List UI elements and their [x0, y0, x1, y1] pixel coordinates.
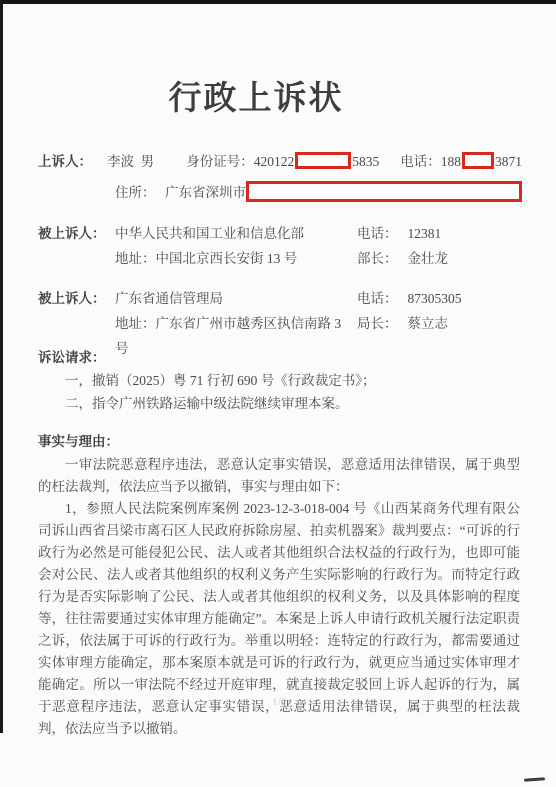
respondent-1-head-name: 金壮龙 — [408, 251, 449, 266]
residence-prefix: 广东省深圳市 — [165, 181, 246, 201]
appellant-label: 上诉人： — [38, 150, 107, 170]
id-suffix: 5835 — [352, 154, 379, 169]
redaction-box-address — [246, 181, 522, 202]
respondent-2-phone: 87305305 — [408, 291, 462, 306]
respondent-1-label: 被上诉人： — [38, 221, 115, 246]
claims-section: 诉讼请求： 一，撤销（2025）粤 71 行初 690 号《行政裁定书》； 二，… — [38, 346, 522, 412]
phone-label: 电话： — [400, 154, 441, 169]
appellant-row: 上诉人： 李波 男 身份证号：4201225835 电话：1883871 — [38, 150, 522, 169]
id-label: 身份证号： — [186, 154, 254, 169]
respondent-1-phone: 12381 — [408, 226, 442, 241]
redaction-box-phone — [462, 152, 494, 169]
scan-edge-top — [0, 0, 556, 4]
redaction-box-id — [295, 152, 351, 169]
appellant-id-group: 身份证号：4201225835 — [186, 150, 379, 170]
scanned-page: 行政上诉状 上诉人： 李波 男 身份证号：4201225835 电话：18838… — [0, 0, 556, 787]
respondent-2-label: 被上诉人： — [38, 286, 115, 311]
respondent-2-name: 广东省通信管理局 — [115, 286, 357, 311]
respondent-1-spacer — [38, 246, 115, 271]
appellant-name: 李波 — [107, 150, 141, 170]
appellant-phone-group: 电话：1883871 — [400, 150, 522, 170]
page-number: 1/2 — [0, 698, 556, 708]
respondent-2-head-name: 蔡立志 — [408, 316, 449, 331]
respondent-2-head-label: 局长： — [357, 316, 398, 331]
respondent-1-head-group: 部长：金壮龙 — [357, 246, 522, 271]
phone-suffix: 3871 — [495, 154, 522, 169]
residence-label: 住所： — [115, 181, 155, 201]
respondent-1-grid: 被上诉人： 中华人民共和国工业和信息化部 电话：12381 地址：中国北京西长安… — [38, 221, 522, 271]
respondent-2-phone-group: 电话：87305305 — [357, 286, 522, 311]
respondent-1-phone-label: 电话： — [357, 226, 398, 241]
facts-heading: 事实与理由： — [38, 430, 520, 450]
claims-heading: 诉讼请求： — [38, 346, 522, 366]
document-title: 行政上诉状 — [0, 72, 512, 119]
respondent-1-phone-group: 电话：12381 — [357, 221, 522, 246]
id-prefix: 420122 — [254, 154, 295, 169]
appellant-gender: 男 — [141, 150, 187, 170]
phone-prefix: 188 — [441, 154, 461, 169]
facts-paragraph-1: 一审法院恶意程序违法，恶意认定事实错误，恶意适用法律错误，属于典型的枉法裁判，依… — [38, 454, 520, 498]
appellant-residence-row: 住所： 广东省深圳市 — [115, 180, 522, 202]
facts-section: 事实与理由： 一审法院恶意程序违法，恶意认定事实错误，恶意适用法律错误，属于典型… — [38, 430, 520, 740]
respondent-2-phone-label: 电话： — [357, 291, 398, 306]
appellant-section: 上诉人： 李波 男 身份证号：4201225835 电话：1883871 住所：… — [38, 150, 522, 202]
respondent-1-head-label: 部长： — [357, 251, 398, 266]
claim-item-1: 一，撤销（2025）粤 71 行初 690 号《行政裁定书》； — [38, 372, 522, 389]
respondent-1-section: 被上诉人： 中华人民共和国工业和信息化部 电话：12381 地址：中国北京西长安… — [38, 221, 522, 271]
respondent-1-address: 地址：中国北京西长安街 13 号 — [115, 246, 357, 271]
claim-item-2: 二，指令广州铁路运输中级法院继续审理本案。 — [38, 395, 522, 412]
respondent-1-name: 中华人民共和国工业和信息化部 — [115, 221, 357, 246]
ink-mark — [524, 777, 545, 781]
